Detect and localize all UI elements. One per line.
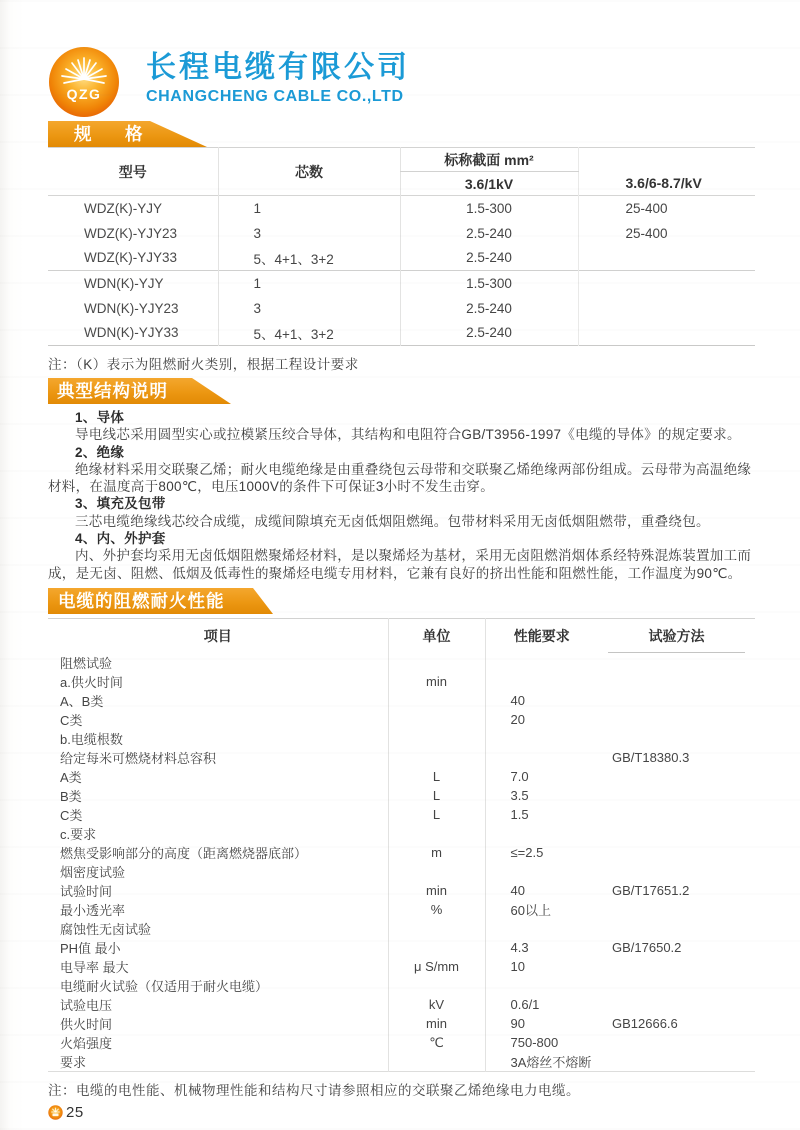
page-number: 25 [66,1104,84,1121]
perf-cell-item: 最小透光率 [48,900,388,919]
perf-header-unit: 单位 [388,618,485,653]
perf-table-row: A、B类40 [48,691,755,710]
perf-cell-unit [388,729,485,748]
perf-cell-item: 供火时间 [48,1014,388,1033]
perf-cell-unit [388,824,485,843]
perf-cell-req [485,653,598,672]
perf-header-item: 项目 [48,618,388,653]
spec-cell-model: WDN(K)-YJY33 [48,321,218,346]
perf-cell-unit: L [388,786,485,805]
perf-cell-item: 给定每米可燃烧材料总容积 [48,748,388,767]
perf-cell-req: 90 [485,1014,598,1033]
perf-cell-method [598,862,755,881]
perf-table-row: 电缆耐火试验（仅适用于耐火电缆） [48,976,755,995]
spec-table-head: 型号 芯数 标称截面 mm² 3.6/1kV 3.6/6-8.7/kV [48,148,755,196]
brand-block: 长程电缆有限公司 CHANGCHENG CABLE CO.,LTD [146,46,410,107]
page-marker-icon [48,1105,63,1120]
structure-item-body: 内、外护套均采用无卤低烟阻燃聚烯烃材料，是以聚烯烃为基材，采用无卤阻燃消烟体系经… [48,547,755,582]
spec-cell-v1: 2.5-240 [400,321,578,346]
section-banner-structure: 典型结构说明 [48,378,231,404]
spec-cell-cores: 1 [218,196,400,221]
perf-table-row: 电导率 最大μ S/mm10 [48,957,755,976]
perf-cell-req: 40 [485,881,598,900]
perf-cell-item: 电导率 最大 [48,957,388,976]
perf-cell-unit: ℃ [388,1033,485,1052]
perf-cell-item: 火焰强度 [48,1033,388,1052]
perf-cell-unit [388,919,485,938]
structure-item-heading: 3、填充及包带 [48,495,755,512]
perf-cell-method: GB/T18380.3 [598,748,755,767]
perf-cell-req: 4.3 [485,938,598,957]
perf-cell-method [598,710,755,729]
perf-cell-req [485,824,598,843]
perf-cell-req [485,976,598,995]
spec-cell-v2 [578,271,755,296]
perf-cell-item: 腐蚀性无卤试验 [48,919,388,938]
performance-table-body: 阻燃试验a.供火时间minA、B类40C类20b.电缆根数给定每米可燃烧材料总容… [48,653,755,1072]
perf-cell-item: B类 [48,786,388,805]
company-name-cn: 长程电缆有限公司 [146,50,410,86]
perf-cell-unit [388,691,485,710]
perf-table-row: a.供火时间min [48,672,755,691]
page-footer: 25 [48,1104,755,1121]
perf-cell-method [598,729,755,748]
spec-table-body: WDZ(K)-YJY11.5-30025-400WDZ(K)-YJY2332.5… [48,196,755,346]
perf-cell-unit [388,1052,485,1072]
perf-cell-item: C类 [48,805,388,824]
perf-table-row: B类L3.5 [48,786,755,805]
spec-header-model: 型号 [48,148,218,196]
spec-cell-cores: 1 [218,271,400,296]
perf-cell-method [598,900,755,919]
perf-cell-req: 60以上 [485,900,598,919]
spec-cell-cores: 3 [218,296,400,321]
perf-cell-unit [388,710,485,729]
structure-item-heading: 1、导体 [48,409,755,426]
spec-table-row: WDN(K)-YJY335、4+1、3+22.5-240 [48,321,755,346]
spec-cell-v1: 2.5-240 [400,221,578,246]
perf-cell-unit [388,653,485,672]
spec-cell-v2 [578,246,755,271]
perf-cell-req: 10 [485,957,598,976]
perf-table-row: c.要求 [48,824,755,843]
perf-cell-unit [388,938,485,957]
perf-header-requirement: 性能要求 [485,618,598,653]
performance-note: 注：电缆的电性能、机械物理性能和结构尺寸请参照相应的交联聚乙烯绝缘电力电缆。 [48,1079,755,1099]
perf-cell-unit [388,976,485,995]
performance-table: 项目 单位 性能要求 试验方法 阻燃试验a.供火时间minA、B类40C类20b… [48,618,755,1073]
perf-cell-req: 750-800 [485,1033,598,1052]
spec-cell-cores: 5、4+1、3+2 [218,246,400,271]
spec-cell-v2: 25-400 [578,196,755,221]
perf-cell-method [598,976,755,995]
perf-cell-unit: min [388,881,485,900]
spec-header-cores: 芯数 [218,148,400,196]
perf-cell-method [598,1052,755,1072]
spec-cell-model: WDZ(K)-YJY23 [48,221,218,246]
perf-cell-item: PH值 最小 [48,938,388,957]
spec-cell-cores: 5、4+1、3+2 [218,321,400,346]
perf-table-row: 烟密度试验 [48,862,755,881]
perf-cell-item: 电缆耐火试验（仅适用于耐火电缆） [48,976,388,995]
spec-header-section: 标称截面 mm² [400,148,578,172]
perf-cell-req: 20 [485,710,598,729]
spec-table-row: WDN(K)-YJY11.5-300 [48,271,755,296]
perf-cell-method [598,824,755,843]
spec-cell-v1: 1.5-300 [400,196,578,221]
perf-cell-unit: kV [388,995,485,1014]
perf-cell-item: 烟密度试验 [48,862,388,881]
spec-header-voltage-2: 3.6/6-8.7/kV [578,172,755,196]
perf-cell-item: c.要求 [48,824,388,843]
spec-cell-v1: 1.5-300 [400,271,578,296]
perf-cell-item: A类 [48,767,388,786]
perf-table-row: 燃焦受影响部分的高度（距离燃烧器底部）m≤=2.5 [48,843,755,862]
perf-cell-unit: min [388,672,485,691]
perf-table-row: 试验电压kV0.6/1 [48,995,755,1014]
perf-cell-unit: % [388,900,485,919]
perf-cell-method [598,957,755,976]
perf-cell-req [485,862,598,881]
spec-header-voltage-1: 3.6/1kV [400,172,578,196]
spec-table-row: WDN(K)-YJY2332.5-240 [48,296,755,321]
perf-cell-unit: m [388,843,485,862]
perf-cell-req: 3A熔丝不熔断 [485,1052,598,1072]
perf-cell-req [485,919,598,938]
perf-cell-req: 1.5 [485,805,598,824]
perf-cell-unit: μ S/mm [388,957,485,976]
perf-cell-req [485,748,598,767]
spec-cell-v2 [578,296,755,321]
perf-cell-unit [388,862,485,881]
spec-note: 注：（K）表示为阻燃耐火类别，根据工程设计要求 [48,353,755,373]
perf-table-row: 最小透光率%60以上 [48,900,755,919]
perf-cell-item: A、B类 [48,691,388,710]
structure-section: 1、导体 导电线芯采用圆型实心或拉模紧压绞合导体，其结构和电阻符合GB/T395… [48,409,755,582]
structure-item: 1、导体 导电线芯采用圆型实心或拉模紧压绞合导体，其结构和电阻符合GB/T395… [48,409,755,444]
spec-cell-model: WDZ(K)-YJY [48,196,218,221]
perf-cell-method [598,786,755,805]
perf-cell-method [598,919,755,938]
perf-cell-item: C类 [48,710,388,729]
spec-cell-model: WDZ(K)-YJY33 [48,246,218,271]
performance-table-head: 项目 单位 性能要求 试验方法 [48,618,755,653]
perf-cell-method [598,691,755,710]
perf-cell-unit: L [388,767,485,786]
perf-cell-method [598,995,755,1014]
perf-table-row: PH值 最小4.3GB/17650.2 [48,938,755,957]
section-banner-performance: 电缆的阻燃耐火性能 [48,588,273,614]
perf-cell-item: b.电缆根数 [48,729,388,748]
perf-table-row: b.电缆根数 [48,729,755,748]
perf-cell-req: 3.5 [485,786,598,805]
structure-item-body: 绝缘材料采用交联聚乙烯；耐火电缆绝缘是由重叠绕包云母带和交联聚乙烯绝缘两部份组成… [48,461,755,496]
perf-cell-req [485,729,598,748]
perf-cell-method [598,1033,755,1052]
section-banner-spec: 规 格 [48,121,207,147]
structure-item-body: 三芯电缆绝缘线芯绞合成缆，成缆间隙填充无卤低烟阻燃绳。包带材料采用无卤低烟阻燃带… [48,513,755,530]
perf-cell-method [598,805,755,824]
perf-cell-method [598,672,755,691]
perf-cell-method: GB12666.6 [598,1014,755,1033]
structure-item: 4、内、外护套 内、外护套均采用无卤低烟阻燃聚烯烃材料，是以聚烯烃为基材，采用无… [48,530,755,582]
perf-cell-item: 要求 [48,1052,388,1072]
company-name-en: CHANGCHENG CABLE CO.,LTD [146,87,410,107]
perf-header-method: 试验方法 [598,618,755,653]
logo-text: QZG [67,86,102,102]
structure-item-body: 导电线芯采用圆型实心或拉模紧压绞合导体，其结构和电阻符合GB/T3956-199… [48,426,755,443]
spec-table: 型号 芯数 标称截面 mm² 3.6/1kV 3.6/6-8.7/kV WDZ(… [48,147,755,346]
perf-cell-method [598,767,755,786]
perf-table-row: 要求3A熔丝不熔断 [48,1052,755,1072]
perf-cell-item: 试验电压 [48,995,388,1014]
perf-cell-method: GB/17650.2 [598,938,755,957]
spec-cell-v2 [578,321,755,346]
perf-cell-item: 试验时间 [48,881,388,900]
spec-cell-v2: 25-400 [578,221,755,246]
catalog-page: QZG 长程电缆有限公司 CHANGCHENG CABLE CO.,LTD 规 … [0,0,800,1130]
perf-cell-method: GB/T17651.2 [598,881,755,900]
perf-table-row: 火焰强度℃750-800 [48,1033,755,1052]
perf-cell-req: 40 [485,691,598,710]
perf-table-row: A类L7.0 [48,767,755,786]
perf-table-row: C类L1.5 [48,805,755,824]
perf-cell-method [598,653,755,672]
structure-item-heading: 2、绝缘 [48,444,755,461]
perf-table-row: 给定每米可燃烧材料总容积GB/T18380.3 [48,748,755,767]
perf-table-row: 试验时间min40GB/T17651.2 [48,881,755,900]
perf-header-method-label: 试验方法 [608,626,745,653]
spec-cell-model: WDN(K)-YJY [48,271,218,296]
perf-cell-req: 0.6/1 [485,995,598,1014]
perf-cell-item: 阻燃试验 [48,653,388,672]
sunburst-logo: QZG [48,46,120,118]
structure-item-heading: 4、内、外护套 [48,530,755,547]
spec-header-empty [578,148,755,172]
spec-cell-v1: 2.5-240 [400,246,578,271]
spec-cell-v1: 2.5-240 [400,296,578,321]
structure-item: 3、填充及包带 三芯电缆绝缘线芯绞合成缆，成缆间隙填充无卤低烟阻燃绳。包带材料采… [48,495,755,530]
spec-table-row: WDZ(K)-YJY11.5-30025-400 [48,196,755,221]
perf-cell-item: a.供火时间 [48,672,388,691]
perf-cell-unit: min [388,1014,485,1033]
perf-cell-unit [388,748,485,767]
perf-table-row: 阻燃试验 [48,653,755,672]
perf-cell-req: 7.0 [485,767,598,786]
perf-cell-unit: L [388,805,485,824]
perf-cell-req: ≤=2.5 [485,843,598,862]
perf-cell-item: 燃焦受影响部分的高度（距离燃烧器底部） [48,843,388,862]
perf-table-row: 供火时间min90GB12666.6 [48,1014,755,1033]
spec-table-row: WDZ(K)-YJY335、4+1、3+22.5-240 [48,246,755,271]
perf-table-row: C类20 [48,710,755,729]
spec-cell-model: WDN(K)-YJY23 [48,296,218,321]
perf-table-row: 腐蚀性无卤试验 [48,919,755,938]
spec-cell-cores: 3 [218,221,400,246]
company-header: QZG 长程电缆有限公司 CHANGCHENG CABLE CO.,LTD [48,0,755,118]
perf-cell-req [485,672,598,691]
structure-item: 2、绝缘 绝缘材料采用交联聚乙烯；耐火电缆绝缘是由重叠绕包云母带和交联聚乙烯绝缘… [48,444,755,496]
spec-table-row: WDZ(K)-YJY2332.5-24025-400 [48,221,755,246]
perf-cell-method [598,843,755,862]
